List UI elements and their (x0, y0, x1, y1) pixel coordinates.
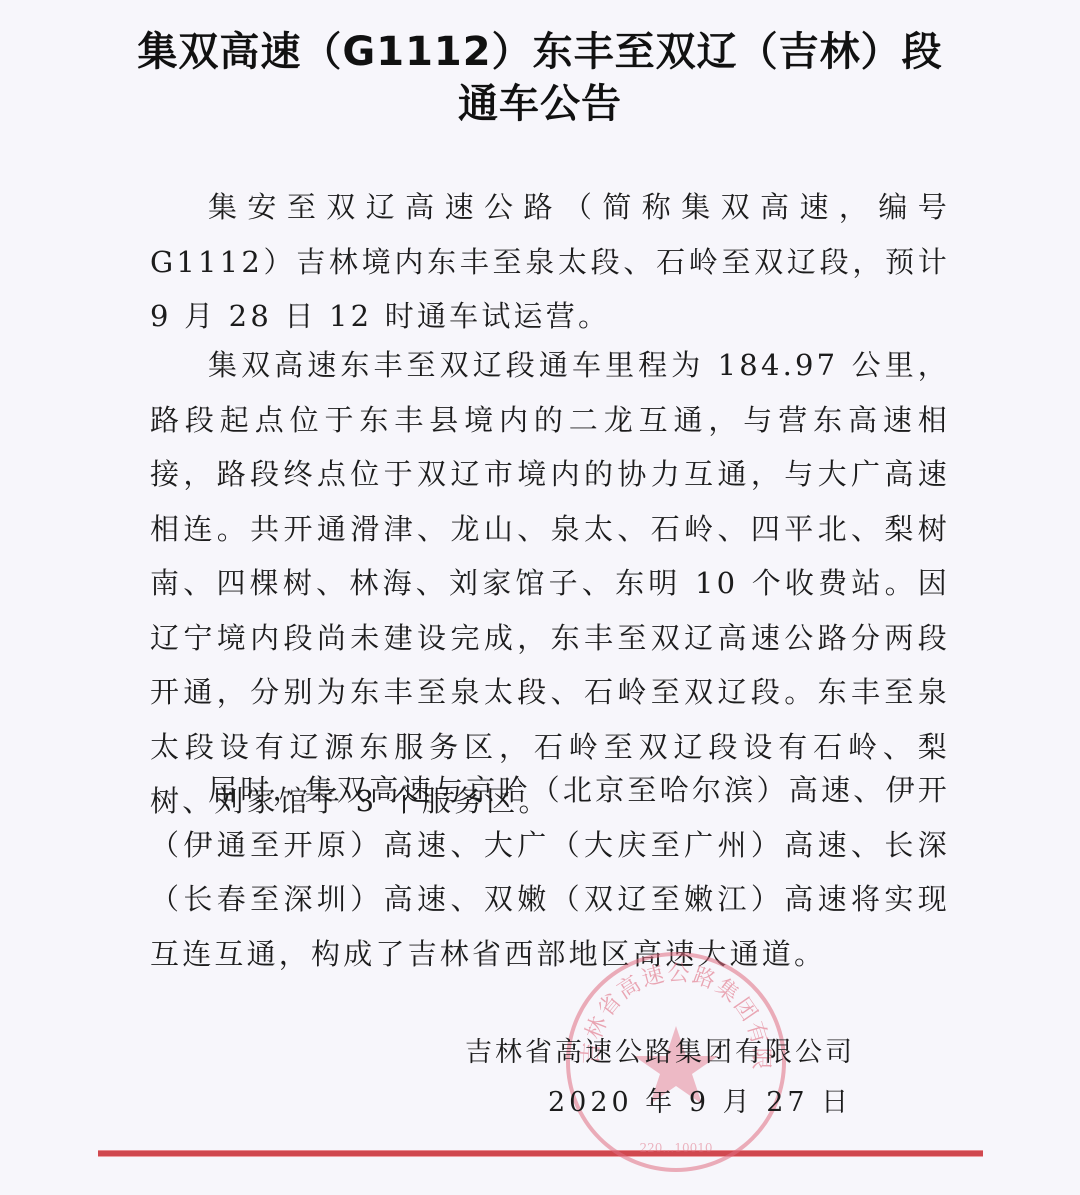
issuing-organization: 吉林省高速公路集团有限公司 (465, 1030, 855, 1069)
paragraph-3: 届时，集双高速与京哈（北京至哈尔滨）高速、伊开（伊通至开原）高速、大广（大庆至广… (150, 763, 950, 981)
paragraph-2: 集双高速东丰至双辽段通车里程为 184.97 公里，路段起点位于东丰县境内的二龙… (150, 338, 950, 829)
paragraph-1: 集安至双辽高速公路（简称集双高速，编号 G1112）吉林境内东丰至泉太段、石岭至… (150, 180, 950, 344)
paragraph-2-block: 集双高速东丰至双辽段通车里程为 184.97 公里，路段起点位于东丰县境内的二龙… (150, 338, 950, 829)
seal-number: 220…10010 (639, 1141, 712, 1155)
footer-red-rule (98, 1150, 983, 1157)
document-title-line-1: 集双高速（G1112）东丰至双辽（吉林）段 (0, 20, 1080, 77)
paragraph-3-block: 届时，集双高速与京哈（北京至哈尔滨）高速、伊开（伊通至开原）高速、大广（大庆至广… (150, 763, 950, 981)
paragraph-1-block: 集安至双辽高速公路（简称集双高速，编号 G1112）吉林境内东丰至泉太段、石岭至… (150, 180, 950, 344)
document-title-line-2: 通车公告 (0, 72, 1080, 129)
issue-date: 2020 年 9 月 27 日 (548, 1080, 852, 1119)
